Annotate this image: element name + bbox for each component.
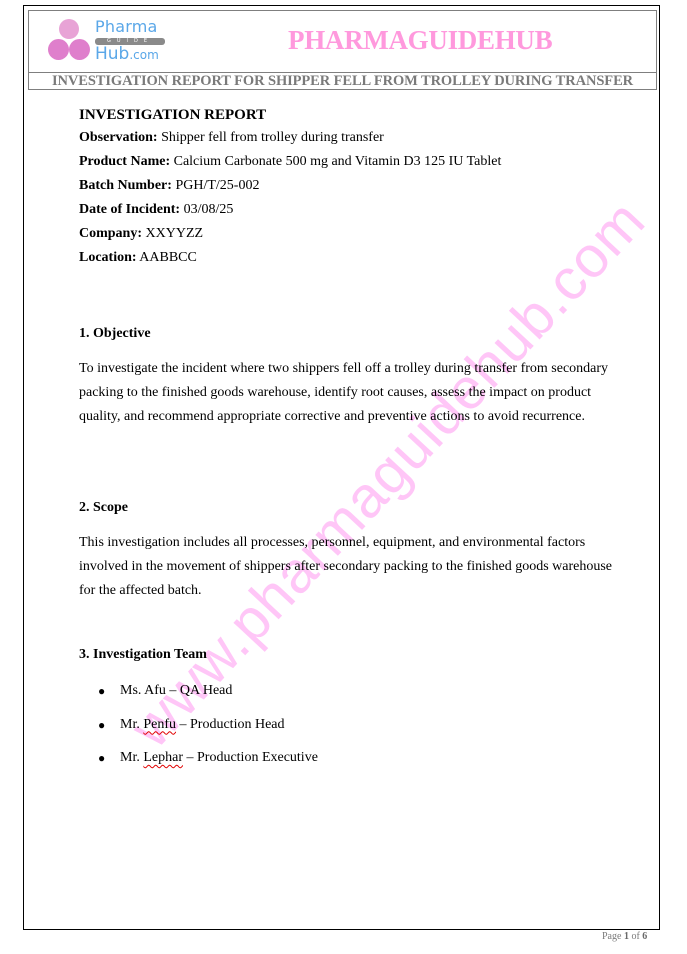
- team-member: ●Mr. Penfu – Production Head: [98, 713, 318, 747]
- pharmaguidehub-logo: Pharma GUIDE Hub.com: [46, 17, 170, 65]
- field-product-name: Product Name: Calcium Carbonate 500 mg a…: [79, 150, 619, 174]
- field-label: Date of Incident:: [79, 202, 180, 217]
- logo-hub: Hub: [95, 44, 129, 64]
- section-scope-body: This investigation includes all processe…: [79, 531, 624, 603]
- report-heading: INVESTIGATION REPORT: [79, 104, 619, 126]
- field-location: Location: AABBCC: [79, 246, 619, 270]
- bullet-icon: ●: [98, 713, 105, 737]
- bullet-icon: ●: [98, 746, 105, 770]
- field-value: Calcium Carbonate 500 mg and Vitamin D3 …: [170, 154, 501, 169]
- section-objective-body: To investigate the incident where two sh…: [79, 357, 624, 429]
- member-role: – Production Head: [176, 717, 284, 732]
- section-objective-title: 1. Objective: [79, 326, 151, 342]
- document-title-bar: INVESTIGATION REPORT FOR SHIPPER FELL FR…: [28, 72, 657, 90]
- logo-text-pharma: Pharma: [95, 17, 157, 36]
- report-info: INVESTIGATION REPORT Observation: Shippe…: [79, 104, 619, 270]
- member-name: Penfu: [143, 717, 176, 732]
- team-member: ●Mr. Lephar – Production Executive: [98, 746, 318, 780]
- field-value: PGH/T/25-002: [172, 178, 260, 193]
- bullet-icon: ●: [98, 679, 105, 703]
- field-value: 03/08/25: [180, 202, 233, 217]
- field-company: Company: XXYYZZ: [79, 222, 619, 246]
- member-role: – Production Executive: [183, 750, 318, 765]
- field-observation: Observation: Shipper fell from trolley d…: [79, 126, 619, 150]
- section-team-title: 3. Investigation Team: [79, 647, 207, 663]
- member-prefix: Ms.: [120, 683, 144, 698]
- field-value: XXYYZZ: [142, 226, 203, 241]
- field-label: Product Name:: [79, 154, 170, 169]
- page-total: 6: [642, 931, 647, 942]
- brand-title: PHARMAGUIDEHUB: [288, 25, 552, 56]
- member-prefix: Mr.: [120, 750, 143, 765]
- field-label: Batch Number:: [79, 178, 172, 193]
- member-prefix: Mr.: [120, 717, 143, 732]
- field-date-of-incident: Date of Incident: 03/08/25: [79, 198, 619, 222]
- field-value: AABBCC: [137, 250, 197, 265]
- logo-circle-icon: [69, 39, 90, 60]
- logo-circle-icon: [59, 19, 79, 39]
- team-member: ●Ms. Afu – QA Head: [98, 679, 318, 713]
- team-list: ●Ms. Afu – QA Head ●Mr. Penfu – Producti…: [98, 679, 318, 780]
- page-number: Page 1 of 6: [602, 931, 647, 942]
- logo-dotcom: .com: [129, 48, 158, 62]
- field-label: Location:: [79, 250, 137, 265]
- section-scope-title: 2. Scope: [79, 500, 128, 516]
- member-role: – QA Head: [166, 683, 233, 698]
- logo-circle-icon: [48, 39, 69, 60]
- field-label: Observation:: [79, 130, 158, 145]
- field-label: Company:: [79, 226, 142, 241]
- member-name: Lephar: [143, 750, 183, 765]
- member-name: Afu: [144, 683, 166, 698]
- field-value: Shipper fell from trolley during transfe…: [158, 130, 384, 145]
- page-of: of: [629, 931, 642, 942]
- field-batch-number: Batch Number: PGH/T/25-002: [79, 174, 619, 198]
- page-label: Page: [602, 931, 624, 942]
- logo-text-hub: Hub.com: [95, 44, 159, 64]
